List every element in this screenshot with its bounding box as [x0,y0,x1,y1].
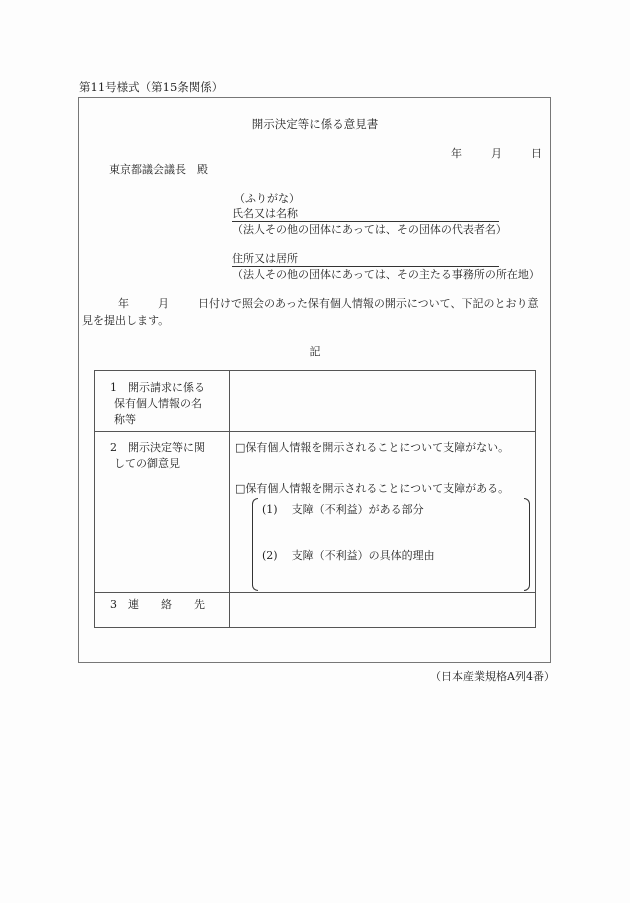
opinion-table: 1 開示請求に係る 保有個人情報の名 称等 2 開示決定等に関 しての御意見 □… [94,370,536,628]
form-number: 第11号様式（第15条関係） [79,79,223,95]
row1-label-line3: 称等 [110,412,205,428]
row2-label: 2 開示決定等に関 しての御意見 [110,440,205,472]
option-has-issue-text: 保有個人情報を開示されることについて支障がある。 [245,482,509,495]
checkbox-icon[interactable]: □ [235,440,245,456]
document-title: 開示決定等に係る意見書 [0,116,630,132]
row2-label-line1: 2 開示決定等に関 [110,440,205,456]
addressee: 東京都議会議長 殿 [109,161,208,177]
issue-details-bracket: (1)支障（不利益）がある部分 (2)支障（不利益）の具体的理由 [252,498,530,591]
option-has-issue[interactable]: □保有個人情報を開示されることについて支障がある。 [235,481,509,497]
option-no-issue-text: 保有個人情報を開示されることについて支障がない。 [245,441,509,454]
date-month: 月 [491,145,502,161]
row1-label-line2: 保有個人情報の名 [110,396,205,412]
left-bracket [252,498,258,591]
ki-heading: 記 [0,343,630,359]
name-note: （法人その他の団体にあっては、その団体の代表者名） [232,221,507,237]
sub-item-2-text: 支障（不利益）の具体的理由 [292,549,435,562]
body-text-line1: 年 月 日付けで照会のあった保有個人情報の開示について、下記のとおり意 [118,295,538,311]
row-divider-1 [95,431,535,432]
contact-field[interactable] [230,593,536,628]
date-day: 日 [531,145,542,161]
body-text-line2: 見を提出します。 [82,312,169,328]
body-rest: 日付けで照会のあった保有個人情報の開示について、下記のとおり意 [198,297,538,310]
address-note: （法人その他の団体にあっては、その主たる事務所の所在地） [232,266,540,282]
row2-label-line2: しての御意見 [110,456,205,472]
right-bracket [524,498,530,591]
sub-item-2[interactable]: (2)支障（不利益）の具体的理由 [262,548,435,564]
sub-item-1[interactable]: (1)支障（不利益）がある部分 [262,502,424,518]
row1-value-field[interactable] [230,371,536,431]
row3-label: 3 連 絡 先 [110,597,205,613]
body-month: 月 [158,297,169,310]
sub-item-1-text: 支障（不利益）がある部分 [292,503,424,516]
sub-item-2-num: (2) [262,549,278,562]
date-year: 年 [451,145,462,161]
furigana-label: （ふりがな） [234,190,300,206]
row1-label: 1 開示請求に係る 保有個人情報の名 称等 [110,380,205,428]
sub-item-1-num: (1) [262,503,278,516]
body-year: 年 [118,297,129,310]
name-field[interactable]: 氏名又は名称 [232,205,499,222]
paper-size-note: （日本産業規格A列4番） [430,668,555,684]
checkbox-icon[interactable]: □ [235,481,245,497]
date-line: 年 月 日 [451,145,542,161]
row1-label-line1: 1 開示請求に係る [110,380,205,396]
address-field[interactable]: 住所又は居所 [232,250,499,267]
option-no-issue[interactable]: □保有個人情報を開示されることについて支障がない。 [235,440,509,456]
